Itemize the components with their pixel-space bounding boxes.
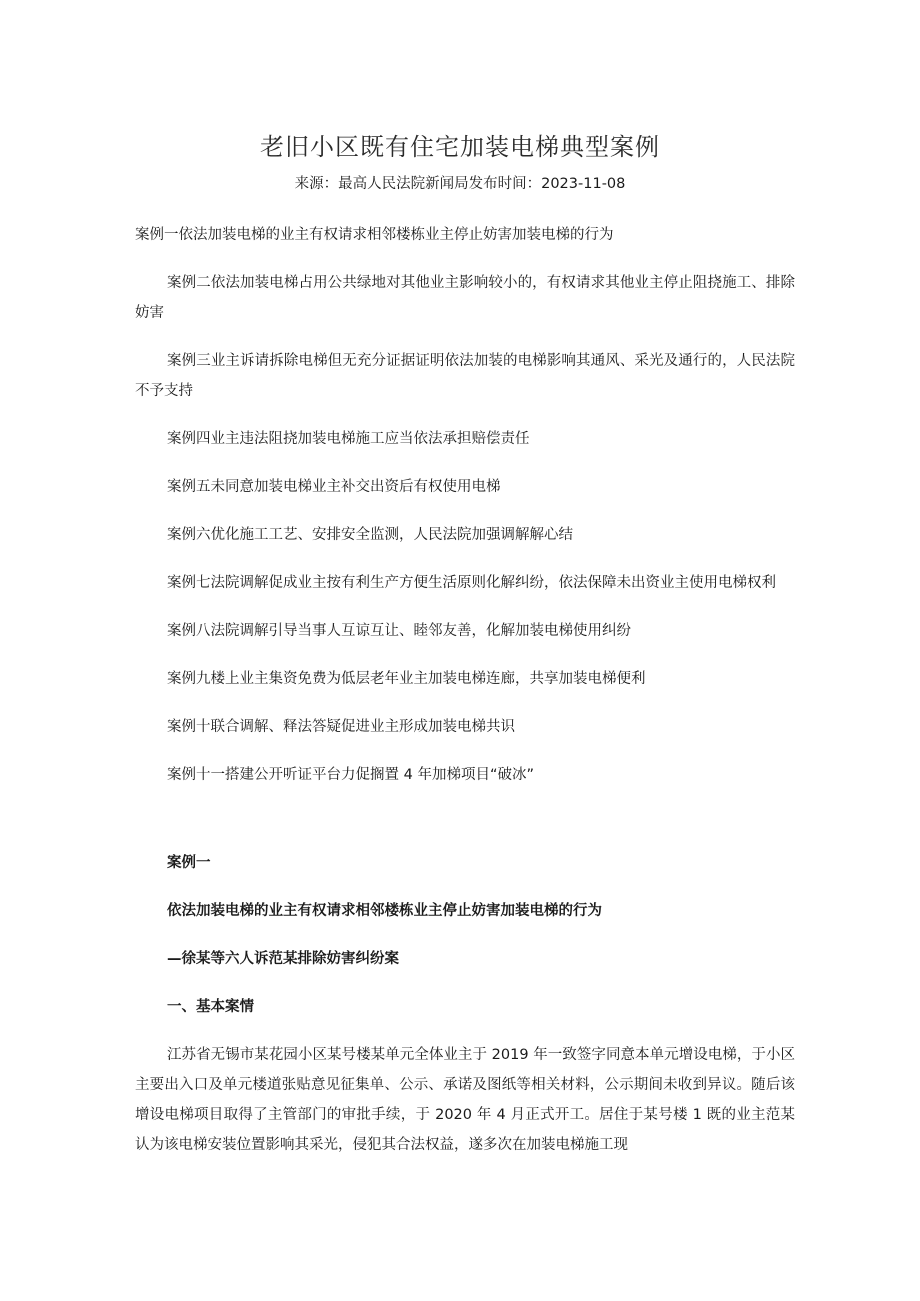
toc-item-7: 案例七法院调解促成业主按有利生产方便生活原则化解纠纷，依法保障未出资业主使用电梯…: [135, 568, 795, 598]
case1-section-heading: 一、基本案情: [135, 992, 795, 1022]
source-and-date: 来源：最高人民法院新闻局发布时间：2023-11-08: [0, 173, 920, 195]
toc-item-2: 案例二依法加装电梯占用公共绿地对其他业主影响较小的，有权请求其他业主停止阻挠施工…: [135, 268, 795, 328]
document-page: 老旧小区既有住宅加装电梯典型案例 来源：最高人民法院新闻局发布时间：2023-1…: [0, 0, 920, 1301]
document-title: 老旧小区既有住宅加装电梯典型案例: [0, 130, 920, 164]
document-body: 案例一依法加装电梯的业主有权请求相邻楼栋业主停止妨害加装电梯的行为 案例二依法加…: [135, 220, 795, 1178]
toc-item-9: 案例九楼上业主集资免费为低层老年业主加装电梯连廊，共享加装电梯便利: [135, 664, 795, 694]
toc-item-10: 案例十联合调解、释法答疑促进业主形成加装电梯共识: [135, 712, 795, 742]
case1-body-paragraph: 江苏省无锡市某花园小区某号楼某单元全体业主于 2019 年一致签字同意本单元增设…: [135, 1040, 795, 1160]
toc-item-11: 案例十一搭建公开听证平台力促搁置 4 年加梯项目“破冰”: [135, 760, 795, 790]
case1-heading: 案例一: [135, 848, 795, 878]
toc-item-6: 案例六优化施工工艺、安排安全监测，人民法院加强调解解心结: [135, 520, 795, 550]
case1-subtitle: 依法加装电梯的业主有权请求相邻楼栋业主停止妨害加装电梯的行为: [135, 896, 795, 926]
section-spacer: [135, 808, 795, 848]
toc-item-4: 案例四业主违法阻挠加装电梯施工应当依法承担赔偿责任: [135, 424, 795, 454]
toc-item-5: 案例五未同意加装电梯业主补交出资后有权使用电梯: [135, 472, 795, 502]
toc-item-8: 案例八法院调解引导当事人互谅互让、睦邻友善，化解加装电梯使用纠纷: [135, 616, 795, 646]
case1-case-name: —徐某等六人诉范某排除妨害纠纷案: [135, 944, 795, 974]
toc-item-3: 案例三业主诉请拆除电梯但无充分证据证明依法加装的电梯影响其通风、采光及通行的，人…: [135, 346, 795, 406]
toc-item-1: 案例一依法加装电梯的业主有权请求相邻楼栋业主停止妨害加装电梯的行为: [135, 220, 795, 250]
